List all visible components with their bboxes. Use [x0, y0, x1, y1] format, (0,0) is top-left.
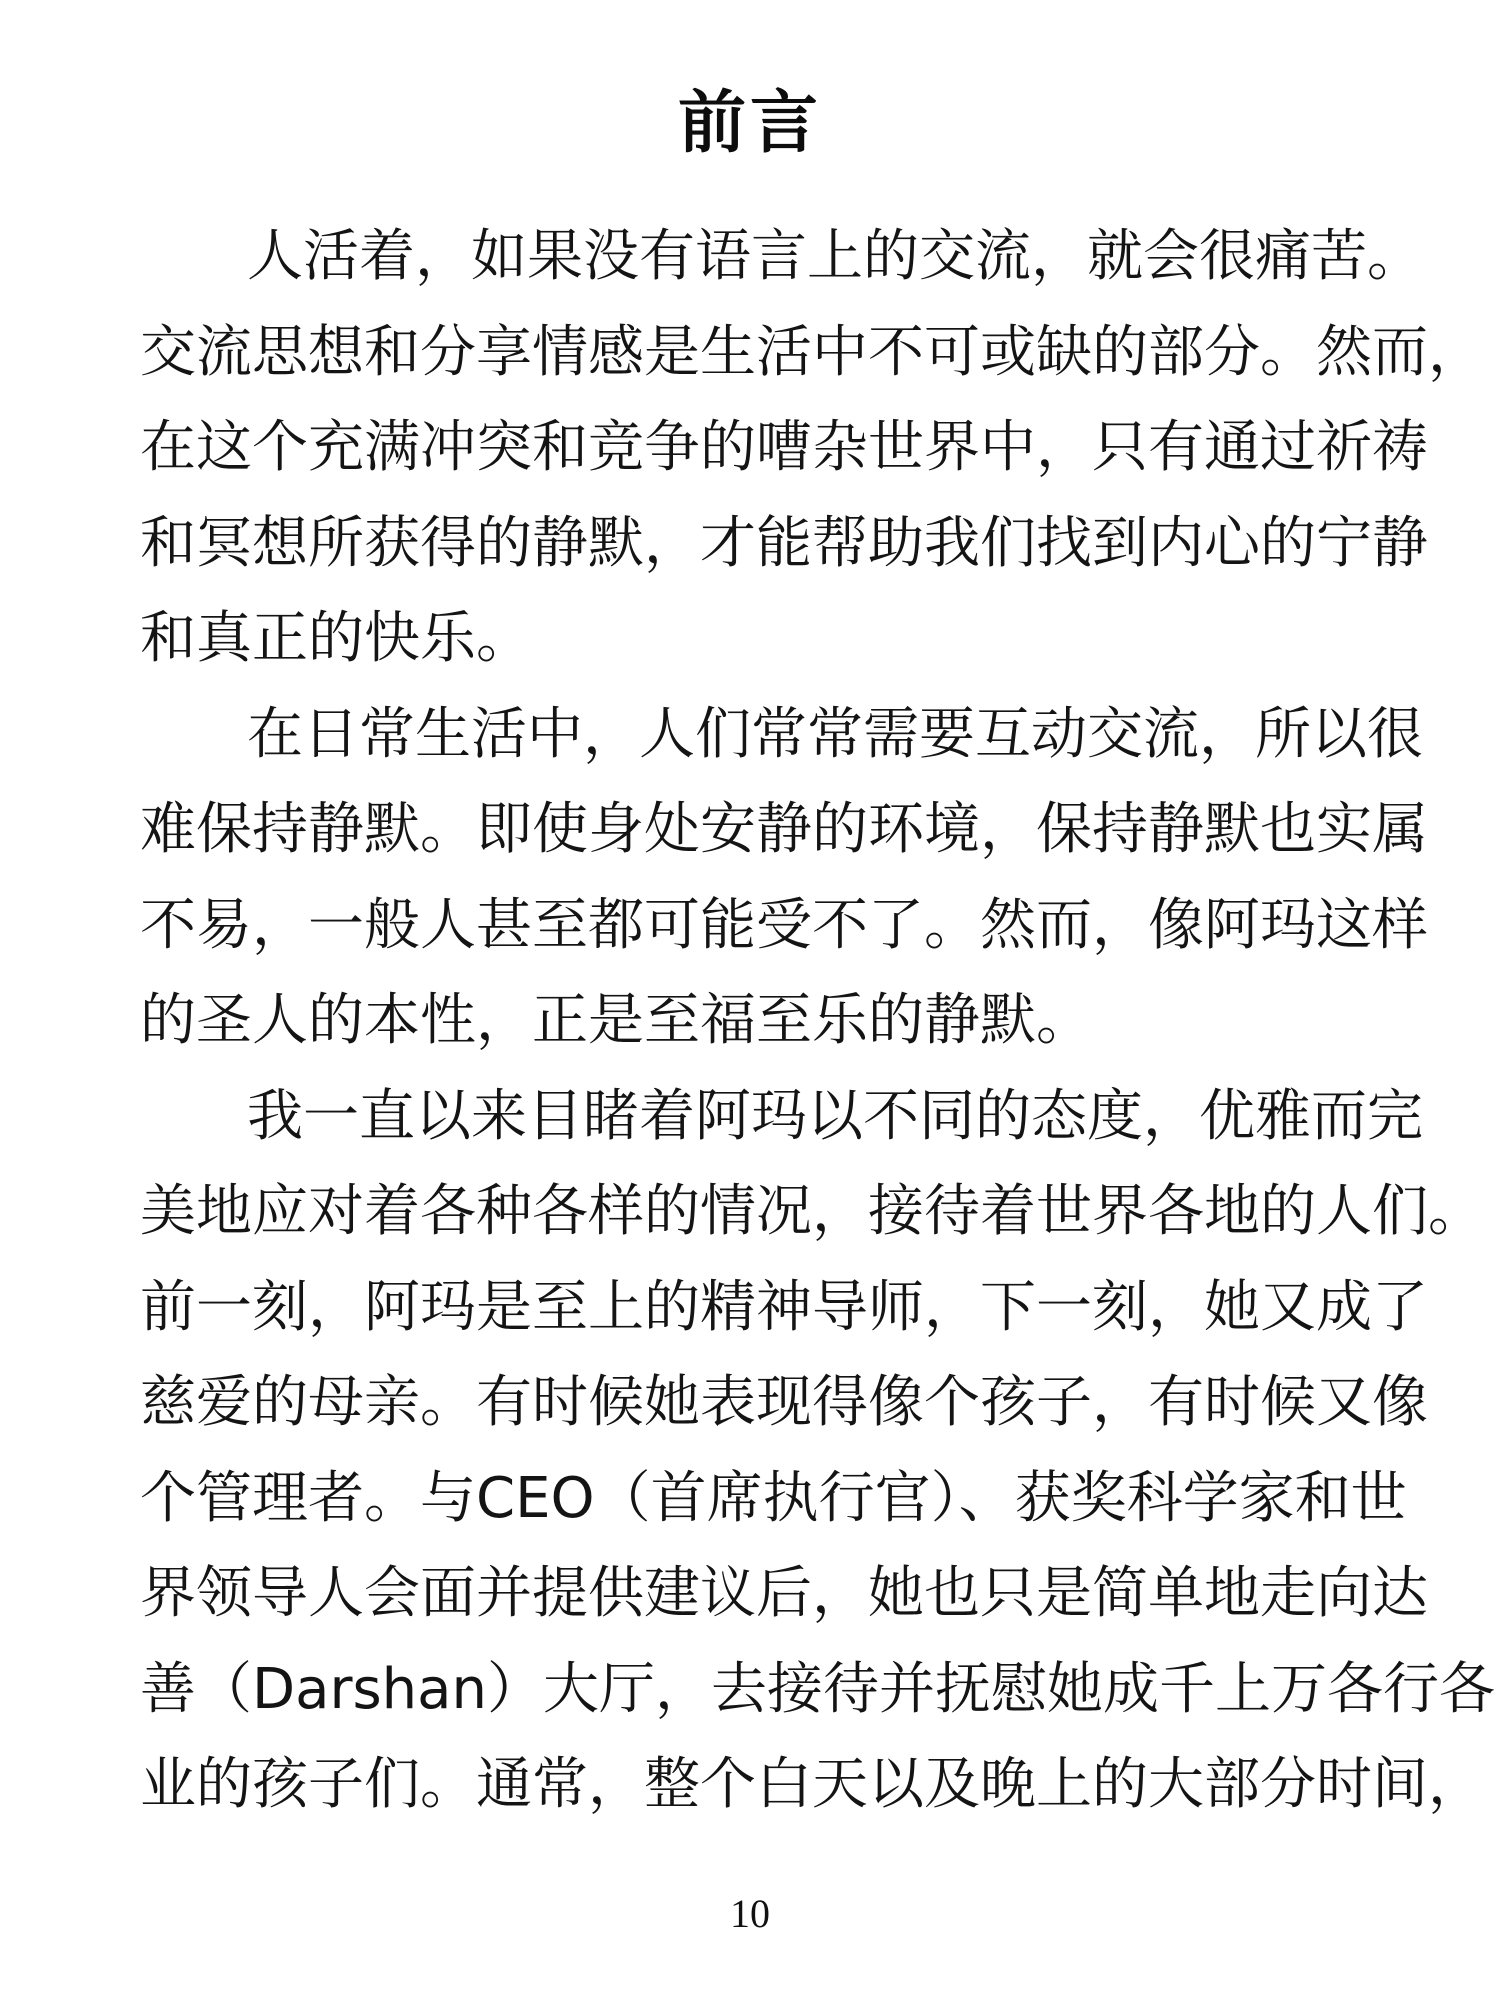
text-line: 美地应对着各种各样的情况，接待着世界各地的人们。	[140, 1177, 1380, 1273]
body-text: 人活着，如果没有语言上的交流，就会很痛苦。 交流思想和分享情感是生活中不可或缺的…	[140, 222, 1380, 1846]
text-line: 界领导人会面并提供建议后，她也只是简单地走向达	[140, 1559, 1380, 1655]
text-line: 的圣人的本性，正是至福至乐的静默。	[140, 986, 1380, 1082]
text-line: 交流思想和分享情感是生活中不可或缺的部分。然而，	[140, 318, 1380, 414]
text-line: 业的孩子们。通常，整个白天以及晚上的大部分时间，	[140, 1750, 1380, 1846]
text-line: 善（Darshan）大厅，去接待并抚慰她成千上万各行各	[140, 1655, 1380, 1751]
text-line: 难保持静默。即使身处安静的环境，保持静默也实属	[140, 795, 1380, 891]
text-line: 不易，一般人甚至都可能受不了。然而，像阿玛这样	[140, 891, 1380, 987]
text-line: 个管理者。与CEO（首席执行官）、获奖科学家和世	[140, 1464, 1380, 1560]
text-line: 和真正的快乐。	[140, 604, 1380, 700]
text-line: 慈爱的母亲。有时候她表现得像个孩子，有时候又像	[140, 1368, 1380, 1464]
page-number: 10	[0, 1890, 1500, 1938]
page-title: 前言	[0, 84, 1500, 164]
paragraph-3: 我一直以来目睹着阿玛以不同的态度，优雅而完 美地应对着各种各样的情况，接待着世界…	[140, 1082, 1380, 1846]
text-line: 在日常生活中，人们常常需要互动交流，所以很	[140, 700, 1380, 796]
paragraph-1: 人活着，如果没有语言上的交流，就会很痛苦。 交流思想和分享情感是生活中不可或缺的…	[140, 222, 1380, 700]
text-line: 人活着，如果没有语言上的交流，就会很痛苦。	[140, 222, 1380, 318]
text-line: 我一直以来目睹着阿玛以不同的态度，优雅而完	[140, 1082, 1380, 1178]
paragraph-2: 在日常生活中，人们常常需要互动交流，所以很 难保持静默。即使身处安静的环境，保持…	[140, 700, 1380, 1082]
text-line: 在这个充满冲突和竞争的嘈杂世界中，只有通过祈祷	[140, 413, 1380, 509]
book-page: 前言 人活着，如果没有语言上的交流，就会很痛苦。 交流思想和分享情感是生活中不可…	[0, 0, 1500, 2000]
text-line: 前一刻，阿玛是至上的精神导师，下一刻，她又成了	[140, 1273, 1380, 1369]
text-line: 和冥想所获得的静默，才能帮助我们找到内心的宁静	[140, 509, 1380, 605]
